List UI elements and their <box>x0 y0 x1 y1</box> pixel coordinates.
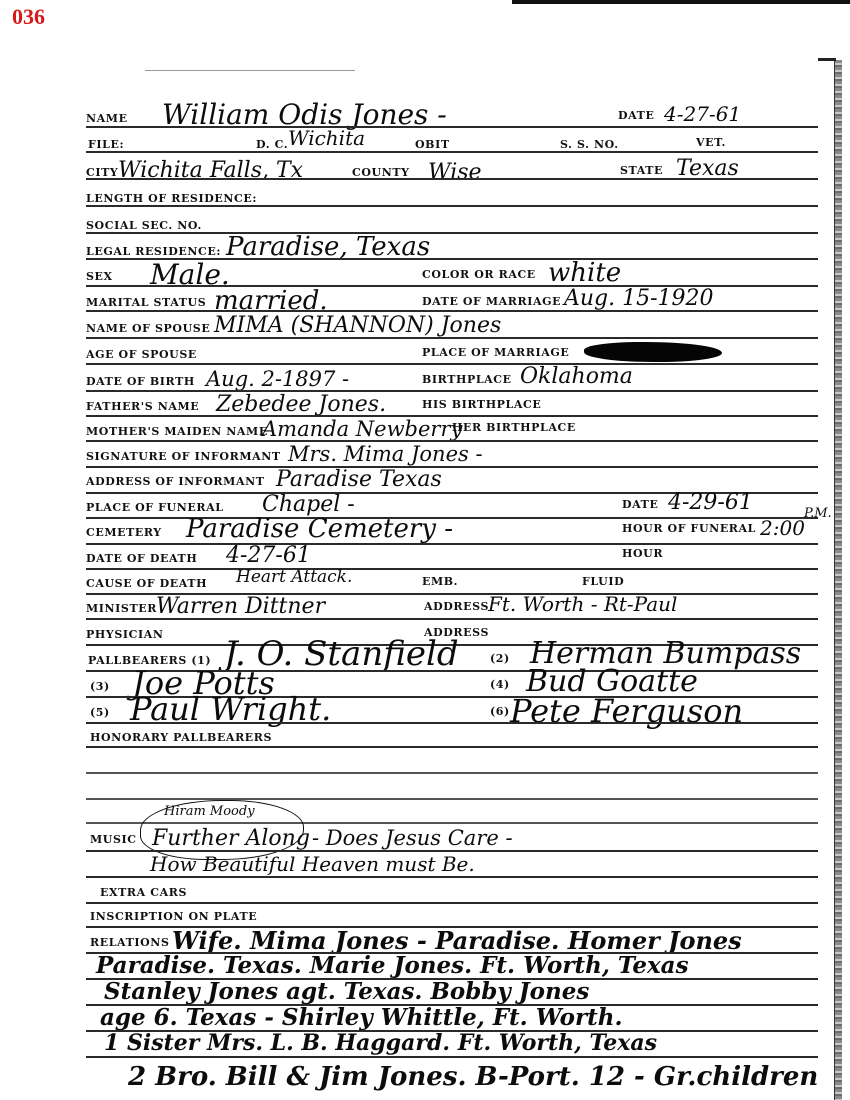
form-rule <box>86 772 818 774</box>
relations-line: 1 Sister Mrs. L. B. Haggard. Ft. Worth, … <box>104 1030 657 1056</box>
label-sex: SEX <box>86 270 113 283</box>
value-mothers-maiden-name: Amanda Newberry <box>262 417 462 441</box>
form-rule <box>86 618 818 620</box>
label-birthplace: BIRTHPLACE <box>422 373 512 386</box>
value-date-of-death: 4-27-61 <box>226 543 311 568</box>
label-honorary-pallbearers: HONORARY PALLBEARERS <box>90 731 272 744</box>
label-relations: RELATIONS <box>90 936 170 949</box>
value-minister: Warren Dittner <box>156 594 325 619</box>
form-rule <box>86 178 818 180</box>
label-pallbearer-2: (2) <box>490 652 510 665</box>
label-date-of-birth: DATE OF BIRTH <box>86 375 195 388</box>
label-physician: PHYSICIAN <box>86 628 164 641</box>
redacted-place-of-marriage <box>584 342 722 362</box>
label-pallbearer-6: (6) <box>490 705 510 718</box>
value-date: 4-27-61 <box>664 102 741 126</box>
relations-line: Wife. Mima Jones - Paradise. Homer Jones <box>172 926 742 955</box>
label-color-or-race: COLOR OR RACE <box>422 268 536 281</box>
label-extra-cars: EXTRA CARS <box>100 886 187 899</box>
value-minister-address: Ft. Worth - Rt-Paul <box>488 592 677 616</box>
label-inscription-on-plate: INSCRIPTION ON PLATE <box>90 910 257 923</box>
label-pallbearer-5: (5) <box>90 706 110 719</box>
label-emb: EMB. <box>422 575 458 588</box>
label-date-of-death: DATE OF DEATH <box>86 552 197 565</box>
form-rule <box>86 310 818 312</box>
label-mothers-maiden-name: MOTHER'S MAIDEN NAME <box>86 425 268 438</box>
label-length-of-residence: LENGTH OF RESIDENCE: <box>86 192 257 205</box>
value-hour-of-funeral: 2:00 <box>760 516 805 540</box>
form-rule <box>86 390 818 392</box>
form-rule <box>86 151 818 153</box>
label-file: FILE: <box>88 138 124 151</box>
form-rule <box>86 363 818 365</box>
form-rule <box>86 232 818 234</box>
relations-line: Stanley Jones agt. Texas. Bobby Jones <box>104 978 589 1005</box>
value-name-of-spouse: MIMA (SHANNON) Jones <box>214 313 501 338</box>
form-rule <box>86 876 818 878</box>
scan-faint-line <box>145 70 355 71</box>
label-place-of-funeral: PLACE OF FUNERAL <box>86 501 224 514</box>
value-birthplace: Oklahoma <box>520 364 633 389</box>
label-vet: VET. <box>696 136 726 149</box>
label-signature-of-informant: SIGNATURE OF INFORMANT <box>86 450 281 463</box>
label-hour: HOUR <box>622 547 663 560</box>
value-music-line1-circled: Further Along <box>152 826 310 851</box>
label-address-of-informant: ADDRESS OF INFORMANT <box>86 475 265 488</box>
form-rule <box>86 568 818 570</box>
label-age-of-spouse: AGE OF SPOUSE <box>86 348 197 361</box>
form-rule <box>86 126 818 128</box>
value-funeral-date: 4-29-61 <box>668 490 753 515</box>
label-hour-of-funeral: HOUR OF FUNERAL <box>622 522 756 535</box>
value-cause-of-death: Heart Attack. <box>236 567 352 587</box>
label-funeral-date: DATE <box>622 498 658 511</box>
form-rule <box>86 722 818 724</box>
label-fathers-name: FATHER'S NAME <box>86 400 199 413</box>
form-rule <box>86 1056 818 1058</box>
label-dc: D. C. <box>256 138 288 151</box>
form-rule <box>86 543 818 545</box>
label-her-birthplace: HER BIRTHPLACE <box>452 421 576 434</box>
label-obit: OBIT <box>415 138 450 151</box>
value-address-of-informant: Paradise Texas <box>276 467 442 492</box>
label-pallbearer-4: (4) <box>490 678 510 691</box>
value-dc: Wichita <box>288 126 365 150</box>
value-hour-of-funeral-suffix: P.M. <box>804 506 832 521</box>
value-cemetery: Paradise Cemetery - <box>186 514 453 544</box>
label-social-sec-no: SOCIAL SEC. NO. <box>86 219 202 232</box>
form-rule <box>86 798 818 800</box>
relations-line: Paradise. Texas. Marie Jones. Ft. Worth,… <box>96 952 689 979</box>
label-minister: MINISTER <box>86 602 157 615</box>
label-minister-address: ADDRESS <box>424 600 489 613</box>
label-date: DATE <box>618 109 654 122</box>
form-rule <box>86 746 818 748</box>
label-state: STATE <box>620 164 663 177</box>
label-place-of-marriage: PLACE OF MARRIAGE <box>422 346 569 359</box>
value-fathers-name: Zebedee Jones. <box>216 392 386 417</box>
scan-right-edge <box>834 60 842 1100</box>
scan-right-edge-line <box>834 60 835 1100</box>
value-date-of-birth: Aug. 2-1897 - <box>206 367 349 391</box>
label-pallbearer-3: (3) <box>90 680 110 693</box>
label-fluid: FLUID <box>582 575 624 588</box>
value-music-line2: How Beautiful Heaven must Be. <box>150 852 475 876</box>
value-color-or-race: white <box>548 258 621 288</box>
value-county: Wise <box>428 160 482 185</box>
label-his-birthplace: HIS BIRTHPLACE <box>422 398 541 411</box>
label-marital-status: MARITAL STATUS <box>86 296 206 309</box>
scan-top-edge <box>512 0 850 4</box>
label-ss-no: S. S. NO. <box>560 138 619 151</box>
label-legal-residence: LEGAL RESIDENCE: <box>86 245 221 258</box>
label-name: NAME <box>86 112 128 125</box>
form-rule <box>86 902 818 904</box>
form-rule <box>86 466 818 468</box>
relations-line: 2 Bro. Bill & Jim Jones. B-Port. 12 - Gr… <box>128 1062 818 1092</box>
value-date-of-marriage: Aug. 15-1920 <box>564 286 714 311</box>
page-number: 036 <box>12 4 45 30</box>
label-date-of-marriage: DATE OF MARRIAGE <box>422 295 561 308</box>
scan-corner-mark <box>818 58 836 61</box>
value-pallbearer-6: Pete Ferguson <box>510 692 743 730</box>
form-rule <box>86 337 818 339</box>
label-cemetery: CEMETERY <box>86 526 162 539</box>
label-cause-of-death: CAUSE OF DEATH <box>86 577 207 590</box>
value-signature-of-informant: Mrs. Mima Jones - <box>288 442 483 466</box>
relations-line: age 6. Texas - Shirley Whittle, Ft. Wort… <box>100 1004 622 1031</box>
form-rule <box>86 205 818 207</box>
label-music: MUSIC <box>90 833 137 846</box>
value-music-line1-rest: - Does Jesus Care - <box>312 826 513 850</box>
label-name-of-spouse: NAME OF SPOUSE <box>86 322 210 335</box>
